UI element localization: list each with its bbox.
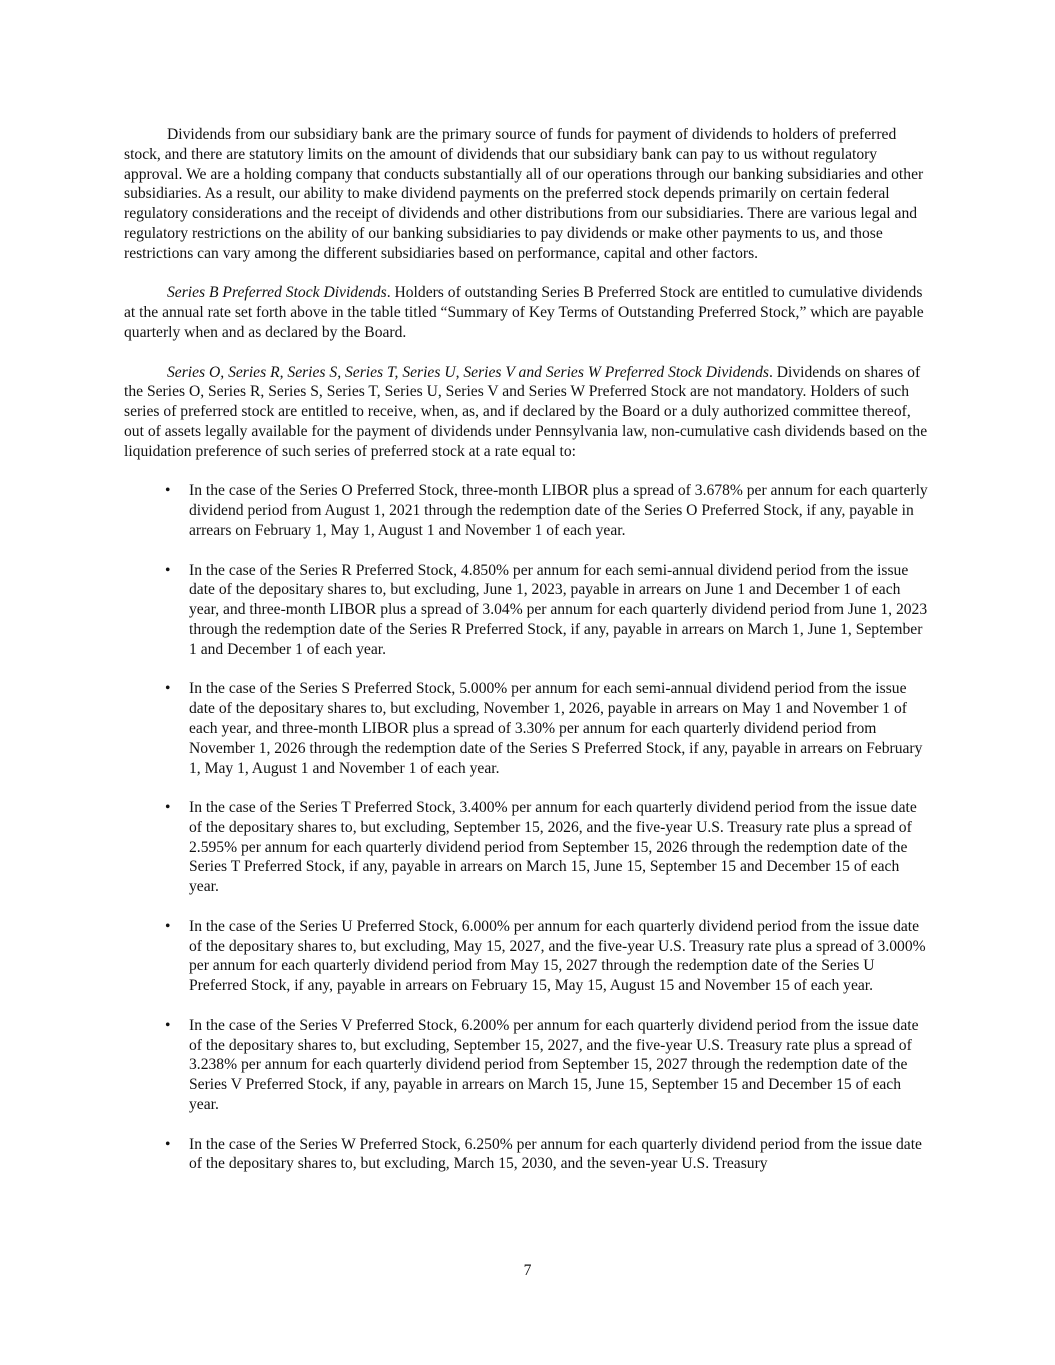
paragraph-series-o-to-w-dividends: Series O, Series R, Series S, Series T, … (124, 363, 932, 462)
paragraph-dividend-sources: Dividends from our subsidiary bank are t… (124, 125, 932, 264)
list-item-series-u: •In the case of the Series U Preferred S… (124, 917, 932, 996)
bullet-icon: • (165, 798, 170, 818)
list-item-text: In the case of the Series S Preferred St… (189, 680, 922, 776)
list-item-series-w: •In the case of the Series W Preferred S… (124, 1135, 932, 1175)
dividend-rate-list: •In the case of the Series O Preferred S… (124, 481, 932, 1174)
list-item-series-t: •In the case of the Series T Preferred S… (124, 798, 932, 897)
bullet-icon: • (165, 679, 170, 699)
document-page: Dividends from our subsidiary bank are t… (124, 125, 932, 1194)
bullet-icon: • (165, 1016, 170, 1036)
list-item-series-s: •In the case of the Series S Preferred S… (124, 679, 932, 778)
list-item-text: In the case of the Series O Preferred St… (189, 482, 928, 539)
bullet-icon: • (165, 1135, 170, 1155)
bullet-icon: • (165, 481, 170, 501)
list-item-text: In the case of the Series W Preferred St… (189, 1136, 922, 1173)
bullet-icon: • (165, 561, 170, 581)
list-item-text: In the case of the Series U Preferred St… (189, 918, 926, 994)
list-item-text: In the case of the Series V Preferred St… (189, 1017, 919, 1113)
bullet-icon: • (165, 917, 170, 937)
list-item-series-o: •In the case of the Series O Preferred S… (124, 481, 932, 540)
list-item-text: In the case of the Series T Preferred St… (189, 799, 917, 895)
list-item-series-v: •In the case of the Series V Preferred S… (124, 1016, 932, 1115)
page-number: 7 (0, 1262, 1055, 1280)
list-item-series-r: •In the case of the Series R Preferred S… (124, 561, 932, 660)
paragraph-text: Dividends from our subsidiary bank are t… (124, 126, 923, 262)
paragraph-series-b-dividends: Series B Preferred Stock Dividends. Hold… (124, 283, 932, 342)
paragraph-heading: Series B Preferred Stock Dividends (167, 284, 387, 301)
list-item-text: In the case of the Series R Preferred St… (189, 562, 927, 658)
paragraph-heading: Series O, Series R, Series S, Series T, … (167, 364, 769, 381)
